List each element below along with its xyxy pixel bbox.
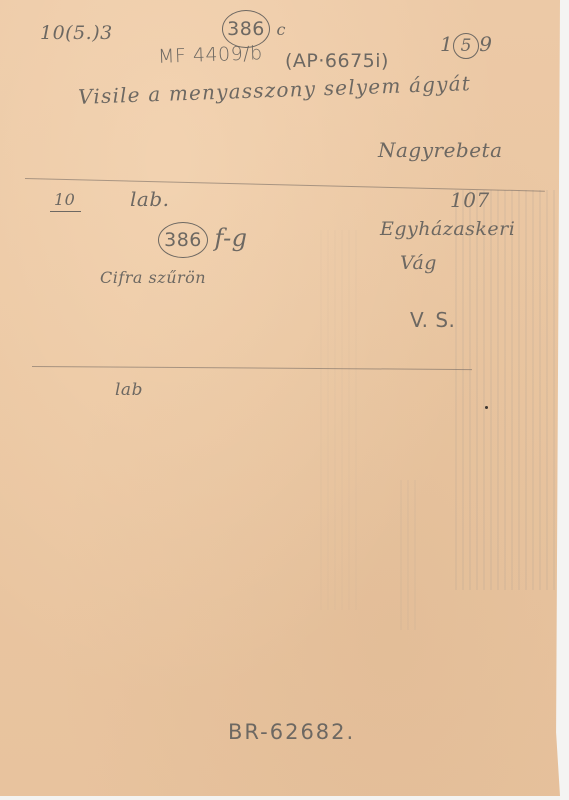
archive-code: MF 4409/b [158, 42, 263, 68]
archive-code-alt: (AP·6675i) [285, 50, 389, 72]
section-label: lab. [130, 187, 169, 211]
ink-spot [485, 406, 488, 409]
circled-suffix: c [277, 20, 286, 39]
right-number: 107 [450, 188, 490, 212]
right-initials: V. S. [410, 308, 455, 332]
right-note-1: Egyházaskeri [380, 218, 515, 240]
ref-top-left: 10(5.)3 [40, 22, 113, 44]
bleed-through-faint [320, 230, 360, 610]
catalog-number: BR-62682. [228, 720, 355, 744]
circled-5: 5 [453, 33, 479, 59]
place-name: Nagyrebeta [378, 138, 503, 162]
circled-386-section: 386 [158, 222, 208, 258]
ref-right-prefix: 1 [440, 32, 453, 56]
bleed-through-right [455, 190, 560, 590]
circled-suffix-section: f-g [215, 224, 248, 252]
ref-top-right: 159 [440, 32, 492, 59]
section-number: 10 [50, 190, 81, 212]
ref-right-suffix: 9 [479, 32, 492, 56]
bleed-through-mid [400, 480, 420, 630]
right-note-2: Vág [400, 252, 437, 274]
section-2-label: lab [115, 380, 143, 400]
section-note: Cifra szűrön [100, 268, 206, 287]
circled-ref-section: 386 f-g [158, 222, 248, 258]
